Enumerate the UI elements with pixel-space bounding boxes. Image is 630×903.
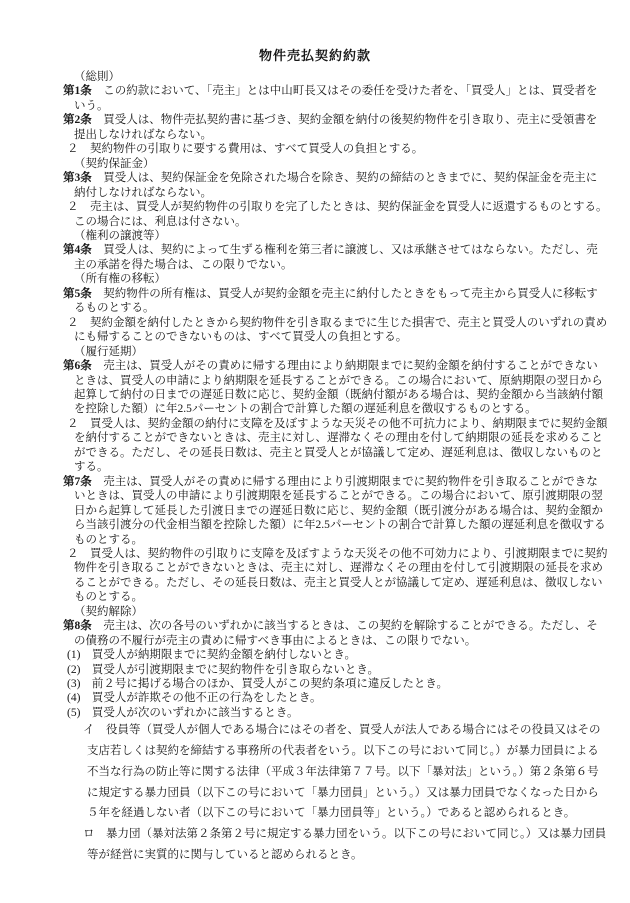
doc-line: 等が経営に実質的に関与していると認められるとき。 <box>63 845 574 866</box>
doc-line: るものとする。 <box>63 301 574 315</box>
article-number: 第2条 <box>63 114 92 126</box>
doc-line: 物件を引き取ることができないときは、売主に対し、遅滞なくその理由を付して引渡期限… <box>63 561 574 575</box>
doc-line: イ 役員等（買受人が個人である場合にはその者を、買受人が法人である場合にはその役… <box>63 720 574 741</box>
doc-line: する。 <box>63 460 574 474</box>
article-number: 第5条 <box>63 288 92 300</box>
doc-line: （権利の譲渡等） <box>63 229 574 243</box>
article-number: 第1条 <box>63 85 92 97</box>
doc-line: 第3条 買受人は、契約保証金を免除された場合を除き、契約の締結のときまでに、契約… <box>63 171 574 185</box>
doc-line: （総則） <box>63 70 574 84</box>
doc-line: を納付することができないときは、売主に対し、遅滞なくその理由を付して納期限の延長… <box>63 431 574 445</box>
doc-line: ができる。ただし、その延長日数は、売主と買受人とが協議して定め、遅延利息は、徴収… <box>63 446 574 460</box>
document-title: 物件売払契約約款 <box>0 0 630 64</box>
doc-line: の債務の不履行が売主の責めに帰すべき事由によるときは、この限りでない。 <box>63 634 574 648</box>
doc-line: いう。 <box>63 99 574 113</box>
doc-line: 第5条 契約物件の所有権は、買受人が契約金額を売主に納付したときをもって売主から… <box>63 287 574 301</box>
doc-line: （所有権の移転） <box>63 272 574 286</box>
doc-line: (5) 買受人が次のいずれかに該当するとき。 <box>63 706 574 720</box>
doc-line: ５年を経過しない者（以下この号において「暴力団員等」という。）であると認められる… <box>63 803 574 824</box>
doc-line: ２ 契約物件の引取りに要する費用は、すべて買受人の負担とする。 <box>63 142 574 156</box>
doc-line: 第8条 売主は、次の各号のいずれかに該当するときは、この契約を解除することができ… <box>63 619 574 633</box>
doc-line: に規定する暴力団員（以下この号において「暴力団員」という。）又は暴力団員でなくな… <box>63 783 574 804</box>
doc-line: ときは、買受人の申請により納期限を延長することができる。この場合において、原納期… <box>63 374 574 388</box>
doc-line: 第6条 売主は、買受人がその責めに帰する理由により納期限までに契約金額を納付する… <box>63 359 574 373</box>
doc-line: 納付しなければならない。 <box>63 186 574 200</box>
doc-line: この場合には、利息は付さない。 <box>63 215 574 229</box>
doc-line: 起算して納付の日までの遅延日数に応じ、契約金額（既納付額がある場合は、契約金額か… <box>63 388 574 402</box>
doc-line: 第1条 この約款において、「売主」とは中山町長又はその委任を受けた者を、「買受人… <box>63 84 574 98</box>
article-number: 第3条 <box>63 172 92 184</box>
doc-line: （契約解除） <box>63 605 574 619</box>
doc-line: ２ 売主は、買受人が契約物件の引取りを完了したときは、契約保証金を買受人に返還す… <box>63 200 574 214</box>
doc-line: 不当な行為の防止等に関する法律（平成３年法律第７７号。以下「暴対法」という。）第… <box>63 762 574 783</box>
doc-line: ることができる。ただし、その延長日数は、売主と買受人とが協議して定め、遅延利息は… <box>63 576 574 590</box>
doc-line: 支店若しくは契約を締結する事務所の代表者をいう。以下この号において同じ。）が暴力… <box>63 741 574 762</box>
doc-line: 日から起算して延長した引渡日までの遅延日数に応じ、契約金額（既引渡分がある場合は… <box>63 504 574 518</box>
contract-document-page: 物件売払契約約款 （総則）第1条 この約款において、「売主」とは中山町長又はその… <box>0 0 630 903</box>
doc-line: を控除した額）に年2.5パーセントの割合で計算した額の遅延利息を徴収するものとす… <box>63 402 574 416</box>
doc-line: (4) 買受人が詐欺その他不正の行為をしたとき。 <box>63 691 574 705</box>
doc-line: ものとする。 <box>63 533 574 547</box>
doc-line: いときは、買受人の申請により引渡期限を延長することができる。この場合において、原… <box>63 489 574 503</box>
doc-line: （契約保証金） <box>63 157 574 171</box>
doc-line: （履行延期） <box>63 345 574 359</box>
article-number: 第7条 <box>63 476 92 488</box>
doc-line: (1) 買受人が納期限までに契約金額を納付しないとき。 <box>63 648 574 662</box>
doc-line: ２ 契約金額を納付したときから契約物件を引き取るまでに生じた損害で、売主と買受人… <box>63 316 574 330</box>
doc-line: (3) 前２号に掲げる場合のほか、買受人がこの契約条項に違反したとき。 <box>63 677 574 691</box>
doc-line: にも帰することのできないものは、すべて買受人の負担とする。 <box>63 330 574 344</box>
doc-line: ２ 買受人は、契約金額の納付に支障を及ぼすような天災その他不可抗力により、納期限… <box>63 417 574 431</box>
doc-line: (2) 買受人が引渡期限までに契約物件を引き取らないとき。 <box>63 663 574 677</box>
doc-line: 提出しなければならない。 <box>63 128 574 142</box>
doc-line: ２ 買受人は、契約物件の引取りに支障を及ぼすような天災その他不可効力により、引渡… <box>63 547 574 561</box>
doc-line: 第2条 買受人は、物件売払契約書に基づき、契約金額を納付の後契約物件を引き取り、… <box>63 113 574 127</box>
doc-line: ら当該引渡分の代金相当額を控除した額）に年2.5パーセントの割合で計算した額の遅… <box>63 518 574 532</box>
article-number: 第4条 <box>63 244 92 256</box>
doc-line: ロ 暴力団（暴対法第２条第２号に規定する暴力団をいう。以下この号において同じ。）… <box>63 824 574 845</box>
article-number: 第8条 <box>63 620 92 632</box>
document-body: （総則）第1条 この約款において、「売主」とは中山町長又はその委任を受けた者を、… <box>63 70 574 865</box>
doc-line: 第4条 買受人は、契約によって生ずる権利を第三者に譲渡し、又は承継させてはならな… <box>63 243 574 257</box>
doc-line: 第7条 売主は、買受人がその責めに帰する理由により引渡期限までに契約物件を引き取… <box>63 475 574 489</box>
article-number: 第6条 <box>63 360 92 372</box>
doc-line: 主の承諾を得た場合は、この限りでない。 <box>63 258 574 272</box>
doc-line: ものとする。 <box>63 590 574 604</box>
